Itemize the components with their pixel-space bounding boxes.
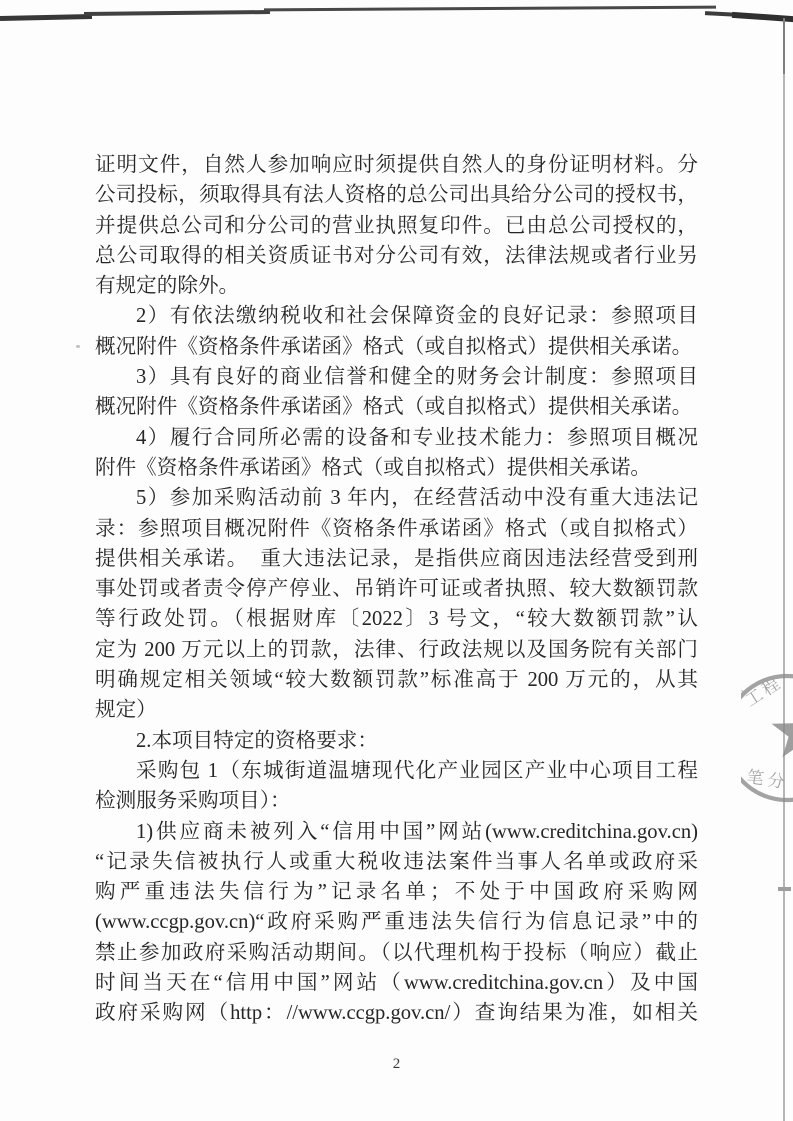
document-line: 4）履行合同所必需的设备和专业技术能力：参照项目概况 (95, 423, 698, 453)
document-line: 政府采购网（http：//www.ccgp.gov.cn/）查询结果为准，如相关 (95, 998, 698, 1028)
document-line: 有规定的除外。 (95, 271, 698, 301)
document-line: 时间当天在“信用中国”网站（www.creditchina.gov.cn）及中国 (95, 968, 698, 998)
scan-edge-artifact (0, 14, 92, 21)
document-line: 附件《资格条件承诺函》格式（或自拟格式）提供相关承诺。 (95, 453, 698, 483)
document-line: 规定） (95, 695, 698, 725)
document-line: 禁止参加政府采购活动期间。（以代理机构于投标（响应）截止 (95, 938, 698, 968)
document-line: 5）参加采购活动前 3 年内，在经营活动中没有重大违法记 (95, 483, 698, 513)
star-icon (772, 703, 793, 757)
page-edge-line (783, 18, 785, 1121)
document-line: 证明文件，自然人参加响应时须提供自然人的身份证明材料。分 (95, 150, 698, 180)
page-edge-tick (778, 887, 791, 891)
document-line: 购严重违法失信行为”记录名单；不处于中国政府采购网 (95, 877, 698, 907)
document-line: (www.ccgp.gov.cn)“政府采购严重违法失信行为信息记录”中的 (95, 907, 698, 937)
scan-edge-artifact (84, 10, 270, 16)
document-line: “记录失信被执行人或重大税收违法案件当事人名单或政府采 (95, 847, 698, 877)
document-line: 检测服务采购项目）： (95, 786, 698, 816)
document-line: 明确规定相关领域“较大数额罚款”标准高于 200 万元的，从其 (95, 665, 698, 695)
document-line: 概况附件《资格条件承诺函》格式（或自拟格式）提供相关承诺。 (95, 392, 698, 422)
scanned-document-page: 丶 工程 笔分 证明文件，自然人参加响应时须提供自然人的身份证明材料。分公司投标… (0, 0, 793, 1121)
document-line: 并提供总公司和分公司的营业执照复印件。已由总公司授权的， (95, 211, 698, 241)
document-line: 录：参照项目概况附件《资格条件承诺函》格式（或自拟格式） (95, 514, 698, 544)
document-line: 公司投标，须取得具有法人资格的总公司出具给分公司的授权书， (95, 180, 698, 210)
document-line: 采购包 1（东城街道温塘现代化产业园区产业中心项目工程 (95, 756, 698, 786)
document-line: 3）具有良好的商业信誉和健全的财务会计制度：参照项目 (95, 362, 698, 392)
scan-edge-artifact (264, 6, 716, 12)
document-body: 证明文件，自然人参加响应时须提供自然人的身份证明材料。分公司投标，须取得具有法人… (95, 150, 698, 1029)
document-line: 总公司取得的相关资质证书对分公司有效，法律法规或者行业另 (95, 241, 698, 271)
document-line: 1)供应商未被列入“信用中国”网站(www.creditchina.gov.cn… (95, 817, 698, 847)
page-number: 2 (0, 1056, 793, 1073)
document-line: 定为 200 万元以上的罚款，法律、行政法规以及国务院有关部门 (95, 635, 698, 665)
company-seal-stamp: 丶 工程 笔分 (741, 660, 793, 820)
document-line: 概况附件《资格条件承诺函》格式（或自拟格式）提供相关承诺。 (95, 332, 698, 362)
document-line: 2）有依法缴纳税收和社会保障资金的良好记录：参照项目 (95, 301, 698, 331)
scan-noise-dot (76, 345, 80, 348)
document-line: 事处罚或者责令停产停业、吊销许可证或者执照、较大数额罚款 (95, 574, 698, 604)
document-line: 提供相关承诺。 重大违法记录，是指供应商因违法经营受到刑 (95, 544, 698, 574)
document-line: 2.本项目特定的资格要求： (95, 726, 698, 756)
document-line: 等行政处罚。（根据财库〔2022〕3 号文，“较大数额罚款”认 (95, 604, 698, 634)
page-edge-line-dark-cap (783, 18, 785, 74)
